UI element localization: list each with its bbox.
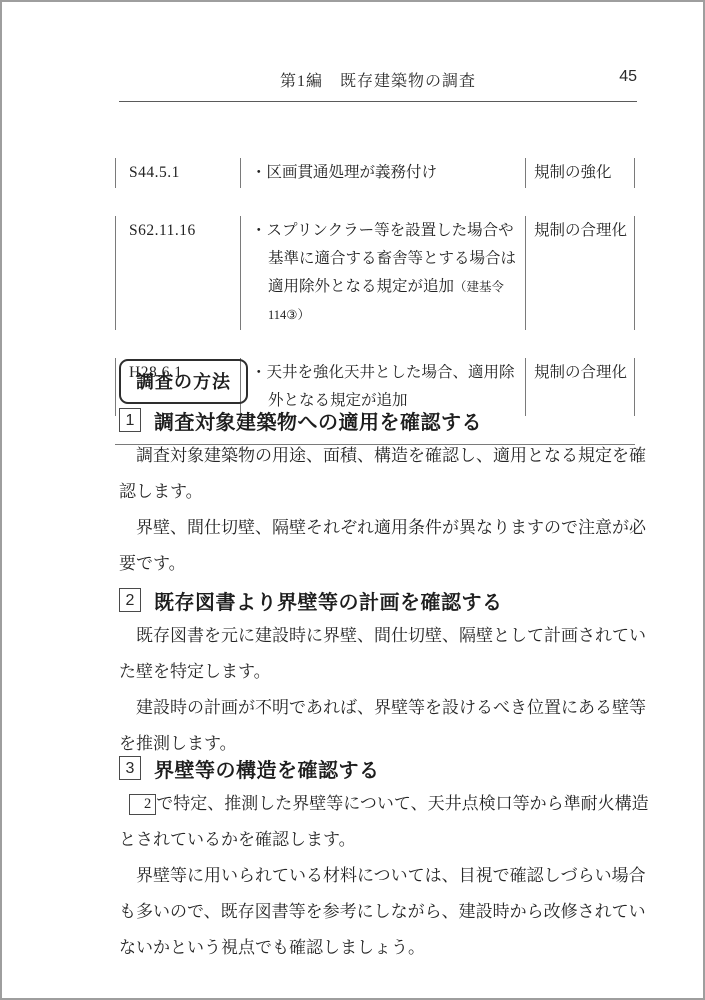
page-number: 45 (619, 68, 637, 86)
table-cell-category: 規制の強化 (525, 158, 635, 188)
description-text: ・区画貫通処理が義務付け (251, 164, 437, 181)
section-heading: 3 界壁等の構造を確認する (119, 754, 649, 782)
section-1: 1 調査対象建築物への適用を確認する 調査対象建築物の用途、面積、構造を確認し、… (119, 406, 649, 582)
table-cell-description: ・スプリンクラー等を設置した場合や 基準に適合する畜舎等とする場合は 適用除外と… (240, 216, 525, 330)
section-number-box: 2 (119, 588, 141, 612)
paragraph: 2で特定、推測した界壁等について、天井点検口等から準耐火構造 とされているかを確… (119, 786, 649, 858)
section-3: 3 界壁等の構造を確認する 2で特定、推測した界壁等について、天井点検口等から準… (119, 754, 649, 966)
section-title: 調査対象建築物への適用を確認する (154, 406, 482, 435)
section-heading: 1 調査対象建築物への適用を確認する (119, 406, 649, 434)
running-head-title: 第1編 既存建築物の調査 (119, 68, 637, 91)
paragraph: 界壁等に用いられている材料については、目視で確認しづらい場合 も多いので、既存図… (119, 858, 649, 966)
paragraph-text: で特定、推測した界壁等について、天井点検口等から準耐火構造 とされているかを確認… (119, 794, 649, 849)
paragraph: 界壁、間仕切壁、隔壁それぞれ適用条件が異なりますので注意が必 要です。 (119, 510, 649, 582)
method-heading-box: 調査の方法 (119, 359, 248, 404)
table-row: S62.11.16 ・スプリンクラー等を設置した場合や 基準に適合する畜舎等とす… (115, 216, 635, 330)
section-title: 界壁等の構造を確認する (154, 754, 380, 783)
running-head: 第1編 既存建築物の調査 45 (119, 68, 637, 92)
section-number-box: 3 (119, 756, 141, 780)
section-heading: 2 既存図書より界壁等の計画を確認する (119, 586, 649, 614)
table-row: S44.5.1 ・区画貫通処理が義務付け 規制の強化 (115, 158, 635, 188)
section-2: 2 既存図書より界壁等の計画を確認する 既存図書を元に建設時に界壁、間仕切壁、隔… (119, 586, 649, 762)
section-number-box: 1 (119, 408, 141, 432)
table-cell-description: ・区画貫通処理が義務付け (240, 158, 525, 188)
book-page: 第1編 既存建築物の調査 45 S44.5.1 ・区画貫通処理が義務付け 規制の… (0, 0, 705, 1000)
description-text: ・天井を強化天井とした場合、適用除 外となる規定が追加 (251, 364, 515, 409)
inline-step-number-box: 2 (129, 794, 156, 815)
table-cell-category: 規制の合理化 (525, 216, 635, 330)
table-cell-date: S44.5.1 (115, 158, 240, 188)
paragraph: 建設時の計画が不明であれば、界壁等を設けるべき位置にある壁等 を推測します。 (119, 690, 649, 762)
paragraph: 既存図書を元に建設時に界壁、間仕切壁、隔壁として計画されてい た壁を特定します。 (119, 618, 649, 690)
section-title: 既存図書より界壁等の計画を確認する (154, 586, 503, 615)
paragraph: 調査対象建築物の用途、面積、構造を確認し、適用となる規定を確 認します。 (119, 438, 649, 510)
table-cell-date: S62.11.16 (115, 216, 240, 330)
header-rule (119, 101, 637, 102)
